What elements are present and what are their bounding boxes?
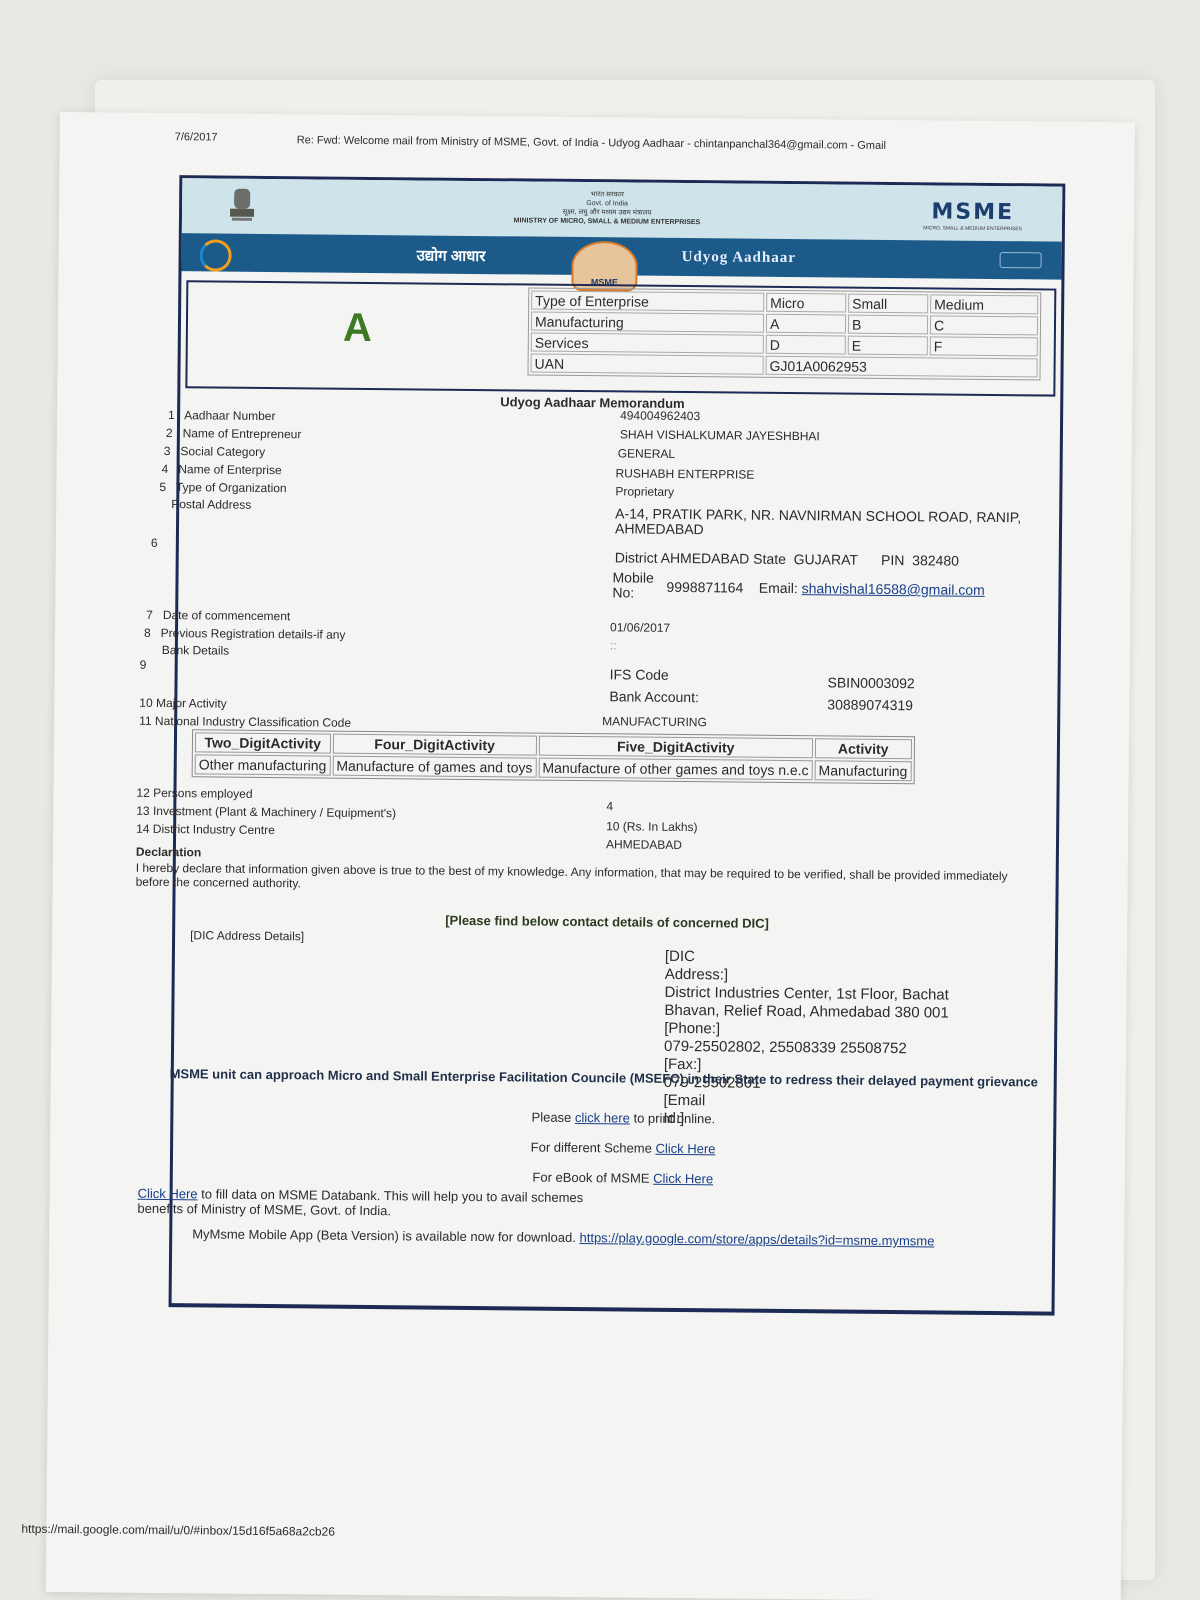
- field-label-commencement: 7 Date of commencement: [146, 608, 290, 623]
- certificate-frame: भारत सरकार Govt. of India सूक्ष्म, लघु औ…: [169, 175, 1066, 1315]
- organization-type: Proprietary: [615, 484, 674, 499]
- databank-link[interactable]: Click Here: [138, 1186, 198, 1202]
- mobile-label: Mobile No:: [612, 570, 662, 600]
- udyog-aadhaar-hindi: उद्योग आधार: [417, 245, 486, 266]
- table-row: Type of Enterprise Micro Small Medium: [531, 291, 1038, 315]
- declaration-text: I hereby declare that information given …: [136, 861, 1036, 898]
- category-letter: A: [343, 306, 372, 351]
- digital-india-logo-icon: [199, 239, 231, 271]
- printed-page: 7/6/2017 Re: Fwd: Welcome mail from Mini…: [46, 112, 1135, 1600]
- print-title: Re: Fwd: Welcome mail from Ministry of M…: [297, 134, 886, 152]
- databank-note: Click Here to fill data on MSME Databank…: [137, 1186, 597, 1220]
- uan-value: GJ01A0062953: [766, 356, 1038, 378]
- table-row: Manufacturing A B C: [531, 312, 1038, 336]
- district-state-pin: District AHMEDABAD State GUJARAT PIN 382…: [615, 549, 959, 568]
- print-date: 7/6/2017: [175, 131, 218, 143]
- nic-code-table: Two_DigitActivity Four_DigitActivity Fiv…: [192, 729, 915, 784]
- msme-logo: MSME: [931, 199, 1014, 225]
- field-label-dic: 14 District Industry Centre: [136, 822, 275, 837]
- postal-address: A-14, PRATIK PARK, NR. NAVNIRMAN SCHOOL …: [615, 506, 1035, 540]
- ifs-code: SBIN0003092: [827, 674, 914, 691]
- udyog-aadhaar-english: Udyog Aadhaar: [682, 249, 796, 267]
- field-label-major-activity: 10 Major Activity: [139, 696, 227, 711]
- print-footer-url: https://mail.google.com/mail/u/0/#inbox/…: [21, 1522, 335, 1539]
- field-num-postal: 6: [151, 536, 158, 550]
- persons-employed: 4: [606, 799, 613, 813]
- field-label-enterprise-name: 4 Name of Enterprise: [162, 462, 282, 477]
- mobile-number: 9998871164: [666, 579, 743, 596]
- bank-account-number: 30889074319: [827, 696, 913, 713]
- mobile-app-note: MyMsme Mobile App (Beta Version) is avai…: [192, 1226, 934, 1248]
- social-category: GENERAL: [618, 446, 675, 461]
- district-industry-centre: AHMEDABAD: [606, 837, 682, 852]
- field-label-social-category: 3 Social Category: [164, 444, 266, 459]
- field-label-organization-type: 5 Type of Organization: [159, 480, 286, 495]
- investment: 10 (Rs. In Lakhs): [606, 819, 698, 834]
- band-badge-icon: [1000, 252, 1042, 268]
- field-label-persons-employed: 12 Persons employed: [136, 786, 252, 801]
- field-label-postal-address: Postal Address: [171, 497, 251, 512]
- field-label-entrepreneur: 2 Name of Entrepreneur: [166, 426, 302, 441]
- entrepreneur-name: SHAH VISHALKUMAR JAYESHBHAI: [620, 427, 820, 443]
- field-label-nic: 11 National Industry Classification Code: [139, 714, 351, 730]
- msme-logo-subtitle: MICRO, SMALL & MEDIUM ENTERPRISES: [923, 225, 1022, 232]
- field-label-bank-details: Bank Details: [162, 643, 230, 658]
- previous-registration-value: ::: [610, 638, 617, 652]
- udyog-aadhaar-band: उद्योग आधार MSME Udyog Aadhaar: [181, 233, 1061, 279]
- scheme-line: For different Scheme Click Here: [173, 1136, 1073, 1160]
- field-num-bank: 9: [140, 658, 147, 672]
- field-label-investment: 13 Investment (Plant & Machinery / Equip…: [136, 804, 396, 820]
- dic-section-label: [DIC Address Details]: [190, 928, 304, 943]
- email-link[interactable]: shahvishal16588@gmail.com: [802, 580, 985, 598]
- major-activity: MANUFACTURING: [602, 714, 707, 729]
- mobile-app-link[interactable]: https://play.google.com/store/apps/detai…: [579, 1230, 934, 1248]
- ebook-link[interactable]: Click Here: [653, 1171, 713, 1187]
- dic-details: [DIC Address:]District Industries Center…: [663, 948, 1055, 1132]
- dic-heading: [Please find below contact details of co…: [445, 913, 769, 931]
- bank-account-label: Bank Account:: [609, 688, 699, 705]
- scheme-link[interactable]: Click Here: [655, 1141, 715, 1157]
- government-band: भारत सरकार Govt. of India सूक्ष्म, लघु औ…: [182, 178, 1062, 241]
- enterprise-name: RUSHABH ENTERPRISE: [615, 466, 754, 481]
- field-label-previous-registration: 8 Previous Registration details-if any: [144, 626, 346, 642]
- category-box: A Type of Enterprise Micro Small Medium …: [185, 280, 1056, 396]
- print-online-link[interactable]: click here: [575, 1110, 630, 1126]
- dic-address: District Industries Center, 1st Floor, B…: [664, 984, 994, 1023]
- declaration-title: Declaration: [136, 845, 201, 860]
- field-label-aadhaar: 1 Aadhaar Number: [168, 408, 276, 423]
- mobile-email-row: 9998871164 Email: shahvishal16588@gmail.…: [666, 579, 984, 598]
- enterprise-type-table: Type of Enterprise Micro Small Medium Ma…: [527, 288, 1041, 381]
- table-row: Other manufacturing Manufacture of games…: [195, 754, 912, 781]
- commencement-date: 01/06/2017: [610, 620, 670, 635]
- aadhaar-number: 494004962403: [620, 408, 700, 423]
- ifs-code-label: IFS Code: [610, 666, 669, 683]
- table-row: Services D E F: [531, 333, 1038, 357]
- ebook-line: For eBook of MSME Click Here: [173, 1166, 1073, 1190]
- ministry-text: भारत सरकार Govt. of India सूक्ष्म, लघु औ…: [442, 189, 772, 228]
- national-emblem-icon: [222, 185, 262, 225]
- uan-row: UAN GJ01A0062953: [531, 354, 1038, 378]
